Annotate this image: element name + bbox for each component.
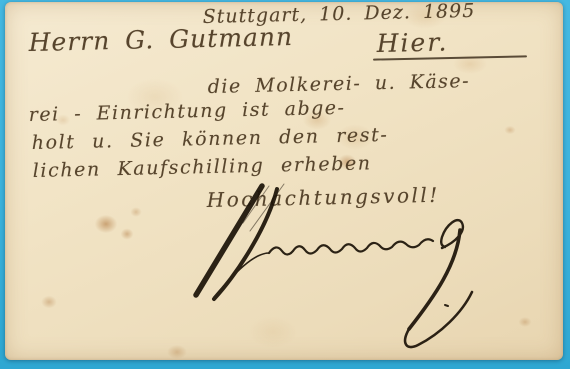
postcard: Stuttgart, 10. Dez. 1895 Herrn G. Gutman… xyxy=(5,2,563,360)
signature-scrawl xyxy=(5,2,570,369)
photo-background: Stuttgart, 10. Dez. 1895 Herrn G. Gutman… xyxy=(0,0,570,369)
